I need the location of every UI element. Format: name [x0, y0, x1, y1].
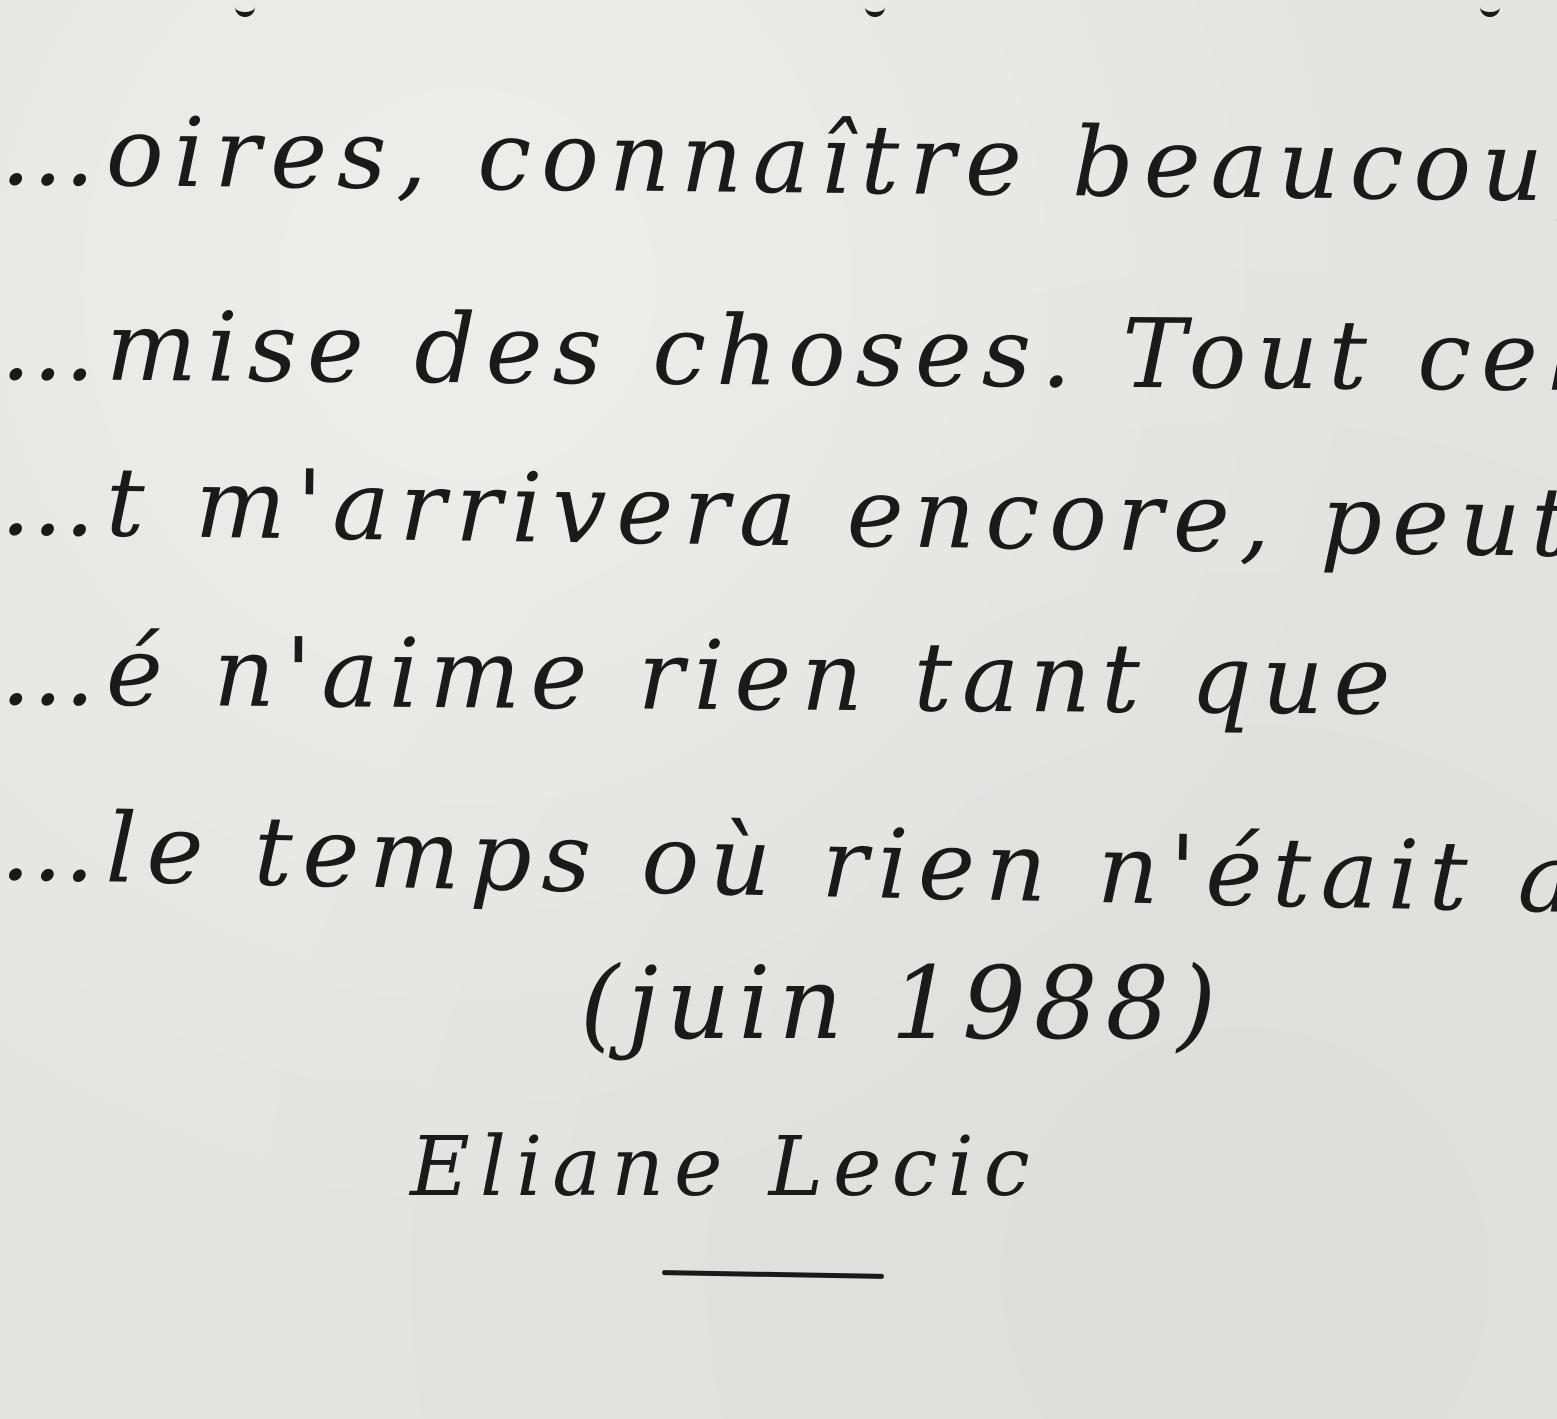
- signature: Eliane Lecic: [410, 1120, 1040, 1215]
- handwritten-line-3: …t m'arrivera encore, peut-être et: [0, 445, 1557, 585]
- partial-stroke-top: [1480, 0, 1500, 17]
- handwritten-line-4: …é n'aime rien tant que: [0, 615, 1401, 737]
- signature-underline: [662, 1270, 884, 1279]
- paper-page: …oires, connaître beaucoup, …mise des ch…: [0, 0, 1557, 1419]
- partial-stroke-top: [235, 0, 255, 17]
- handwritten-line-1: …oires, connaître beaucoup,: [0, 95, 1557, 224]
- letter-date: (juin 1988): [580, 945, 1224, 1062]
- handwritten-line-2: …mise des choses. Tout cela m'ép…: [0, 290, 1557, 417]
- handwritten-line-5: …le temps où rien n'était arrivé.: [0, 790, 1557, 942]
- partial-stroke-top: [865, 0, 885, 17]
